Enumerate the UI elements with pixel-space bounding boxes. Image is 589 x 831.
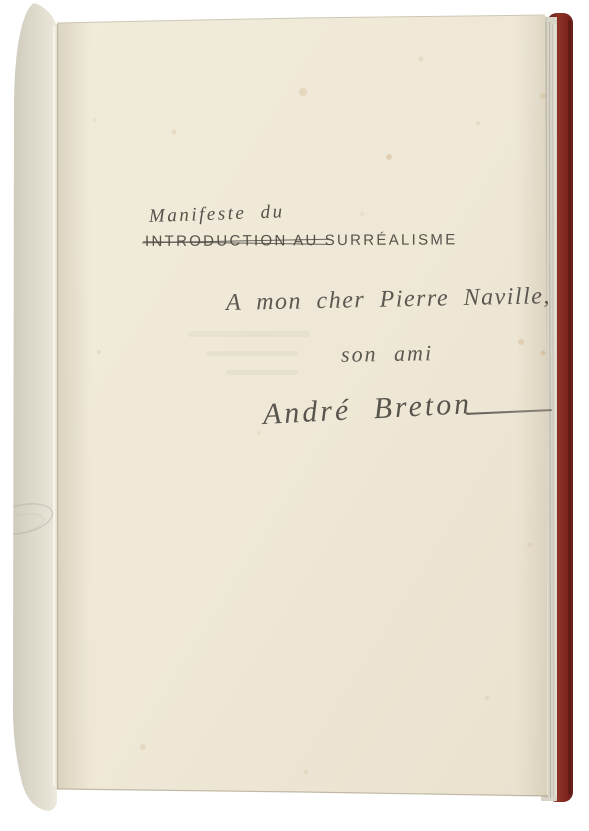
printed-title: INTRODUCTION AU SURRÉALISME bbox=[145, 231, 458, 250]
facing-page bbox=[0, 3, 57, 811]
inscription-line-2: son ami bbox=[341, 340, 434, 368]
photo-of-inscribed-book: Manifeste du INTRODUCTION AU SURRÉALISME… bbox=[0, 0, 589, 831]
printed-title-struck-words: INTRODUCTION AU bbox=[145, 232, 319, 250]
printed-title-kept-text: SURRÉALISME bbox=[325, 231, 458, 249]
